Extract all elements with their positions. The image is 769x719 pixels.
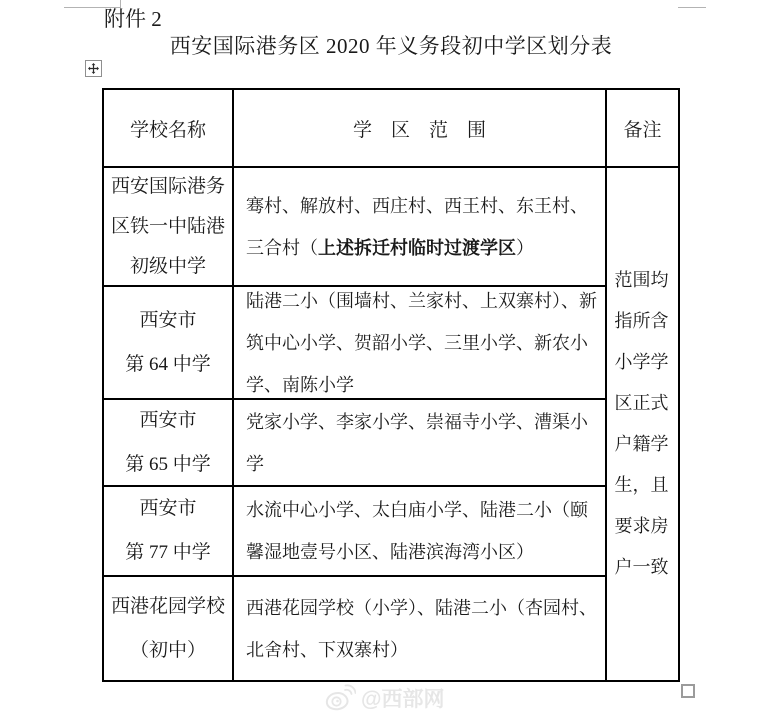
page-boundary-mark-top-right — [678, 7, 706, 8]
school-name-line: 区铁一中陆港 — [111, 207, 225, 247]
header-school-label: 学校名称 — [130, 115, 206, 142]
zone-text: 党家小学、李家小学、崇福寺小学、漕渠小学 — [246, 401, 597, 485]
header-school-name: 学校名称 — [104, 90, 234, 168]
weibo-logo-icon — [324, 684, 356, 712]
header-zone-range: 学 区 范 围 — [234, 90, 607, 168]
zone-cell: 水流中心小学、太白庙小学、陆港二小（颐馨湿地壹号小区、陆港滨海湾小区） — [234, 487, 607, 577]
zone-cell: 骞村、解放村、西庄村、西王村、东王村、三合村（上述拆迁村临时过渡学区） — [234, 168, 607, 287]
school-district-table: 学校名称 学 区 范 围 备注 西安国际港务 区铁一中陆港 初级中学 骞村、解放… — [102, 88, 680, 682]
document-title: 西安国际港务区 2020 年义务段初中学区划分表 — [102, 32, 680, 60]
document-page: 附件 2 西安国际港务区 2020 年义务段初中学区划分表 学校名称 学 区 范… — [0, 0, 769, 719]
school-name-line: （初中） — [130, 629, 206, 673]
note-merged-cell: 范围均指所含小学学区正式户籍学生，且要求房户一致 — [607, 168, 678, 680]
watermark: @西部网 — [324, 683, 444, 713]
zone-cell: 党家小学、李家小学、崇福寺小学、漕渠小学 — [234, 400, 607, 487]
school-name-cell: 西安国际港务 区铁一中陆港 初级中学 — [104, 168, 234, 287]
school-name-cell: 西安市 第 77 中学 — [104, 487, 234, 577]
school-name-line: 西港花园学校 — [111, 585, 225, 629]
table-move-handle[interactable] — [85, 60, 102, 77]
zone-text: 西港花园学校（小学）、陆港二小（杏园村、北舍村、下双寨村） — [246, 587, 597, 671]
zone-text: 水流中心小学、太白庙小学、陆港二小（颐馨湿地壹号小区、陆港滨海湾小区） — [246, 489, 597, 573]
header-note-label: 备注 — [623, 115, 661, 142]
zone-cell: 陆港二小（围墙村、兰家村、上双寨村）、新筑中心小学、贺韶小学、三里小学、新农小学… — [234, 287, 607, 400]
school-name-cell: 西港花园学校 （初中） — [104, 577, 234, 680]
school-name-line: 西安市 — [139, 400, 196, 443]
school-name-cell: 西安市 第 65 中学 — [104, 400, 234, 487]
school-name-line: 西安国际港务 — [111, 168, 225, 207]
school-name-line: 第 65 中学 — [125, 443, 211, 487]
attachment-label: 附件 2 — [104, 5, 162, 33]
school-name-line: 第 77 中学 — [125, 531, 211, 575]
table-resize-handle[interactable] — [681, 684, 695, 698]
school-name-line: 西安市 — [139, 299, 196, 343]
school-name-line: 第 64 中学 — [125, 343, 211, 387]
move-icon — [88, 63, 99, 74]
watermark-text: @西部网 — [361, 683, 444, 713]
school-name-cell: 西安市 第 64 中学 — [104, 287, 234, 400]
header-zone-label: 学 区 范 围 — [353, 115, 486, 142]
school-name-line: 西安市 — [139, 487, 196, 531]
zone-cell: 西港花园学校（小学）、陆港二小（杏园村、北舍村、下双寨村） — [234, 577, 607, 680]
zone-text: 陆港二小（围墙村、兰家村、上双寨村）、新筑中心小学、贺韶小学、三里小学、新农小学… — [246, 287, 597, 400]
school-name-line: 初级中学 — [130, 247, 206, 287]
zone-bold-note: 上述拆迁村临时过渡学区 — [318, 238, 516, 258]
zone-text: 骞村、解放村、西庄村、西王村、东王村、三合村（上述拆迁村临时过渡学区） — [246, 185, 597, 269]
header-note: 备注 — [607, 90, 678, 168]
note-text: 范围均指所含小学学区正式户籍学生，且要求房户一致 — [615, 260, 671, 588]
